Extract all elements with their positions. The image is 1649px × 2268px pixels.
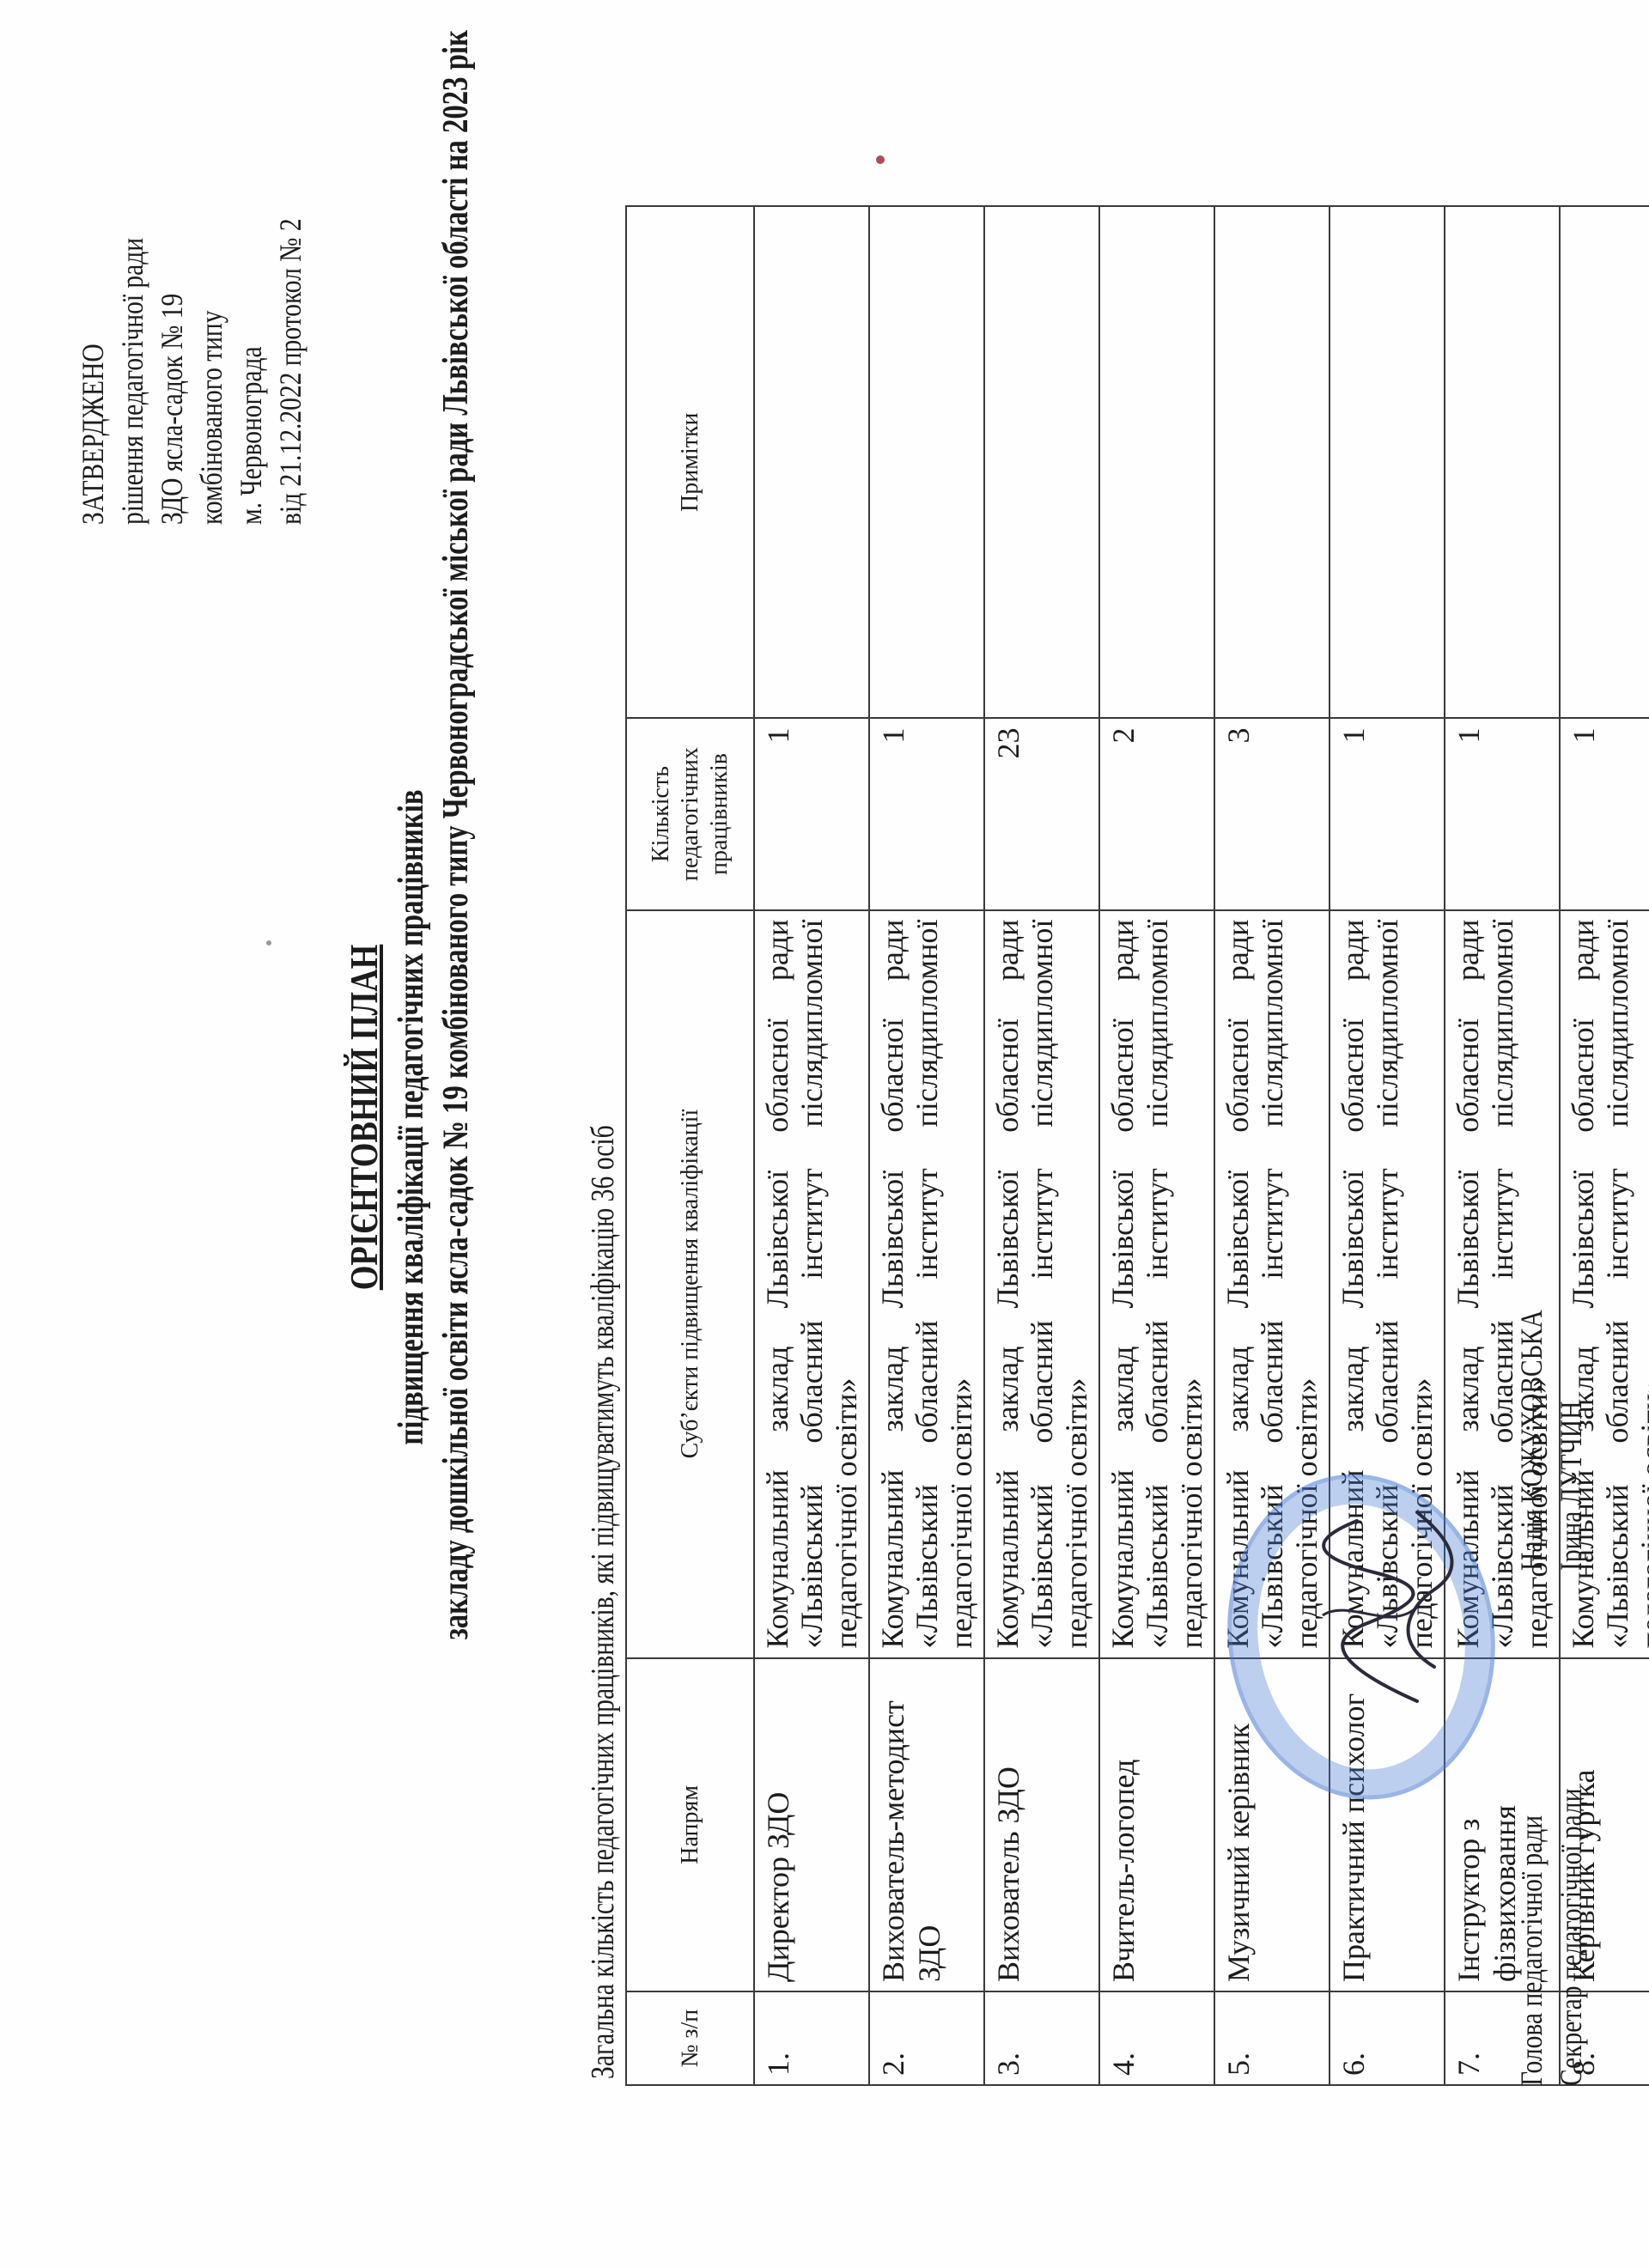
row-count: 1 <box>1445 718 1560 909</box>
row-number: 1. <box>754 1991 869 2085</box>
row-count: 23 <box>984 718 1099 909</box>
row-count: 1 <box>1560 718 1649 909</box>
header-subjects: Суб’єкти підвищення кваліфікації <box>626 910 754 1658</box>
header-notes: Примітки <box>626 206 754 718</box>
row-subject-text: Комунальний заклад Львівської обласної р… <box>1105 920 1208 1649</box>
row-number-text: 4. <box>1106 2052 1141 2076</box>
row-count: 1 <box>754 718 869 909</box>
row-note <box>1214 206 1330 718</box>
row-number: 4. <box>1099 1991 1214 2085</box>
document-subtitle: підвищення кваліфікації педагогічних пра… <box>389 595 434 1640</box>
row-direction-text: Вихователь ЗДО <box>991 1766 1025 1982</box>
row-direction-text: Вчитель-логопед <box>1106 1760 1141 1983</box>
signature-role: Секретар педагогічної ради <box>1551 1663 1591 2086</box>
row-number-text: 2. <box>876 2052 910 2076</box>
table-header-row: № з/п Напрям Суб’єкти підвищення кваліфі… <box>626 206 754 2085</box>
row-direction: Вихователь ЗДО <box>984 1658 1099 1992</box>
row-number: 2. <box>869 1991 984 2085</box>
total-count-line: Загальна кількість педагогічних працівни… <box>584 1125 622 2079</box>
header-count: Кількість педагогічних працівників <box>626 718 754 909</box>
institution-title: закладу дошкільної освіти ясла-садок № 1… <box>434 595 478 1640</box>
row-count-text: 1 <box>1336 727 1371 743</box>
row-direction: Вчитель-логопед <box>1099 1658 1214 1992</box>
scan-speck <box>876 155 885 164</box>
row-subject-text: Комунальний заклад Львівської обласної р… <box>990 920 1093 1649</box>
row-subject: Комунальний заклад Львівської обласної р… <box>1099 910 1214 1658</box>
row-count-text: 23 <box>991 727 1025 758</box>
signature-row-secretary: Секретар педагогічної ради Ірина ЛУТЧИН <box>1551 1253 1591 2086</box>
row-number: 3. <box>984 1991 1099 2085</box>
scan-speck <box>266 940 271 946</box>
table-row: 3.Вихователь ЗДОКомунальний заклад Львів… <box>984 206 1099 2085</box>
row-subject-text: Комунальний заклад Львівської обласної р… <box>1220 920 1323 1649</box>
signature-block: Голова педагогічної ради Надія КОЖУХОВСЬ… <box>1512 1253 1591 2086</box>
row-number-text: 5. <box>1221 2052 1256 2076</box>
row-count: 1 <box>869 718 984 909</box>
approval-line: рішення педагогічної ради <box>113 159 152 525</box>
row-count-text: 2 <box>1106 727 1141 743</box>
table-row: 5.Музичний керівникКомунальний заклад Ль… <box>1214 206 1330 2085</box>
row-note <box>1099 206 1214 718</box>
approval-line: від 21.12.2022 протокол № 2 <box>271 159 310 525</box>
signature-name: Надія КОЖУХОВСЬКА <box>1512 1310 1551 1571</box>
row-count: 3 <box>1214 718 1330 909</box>
row-direction: Директор ЗДО <box>754 1658 869 1992</box>
row-direction-text: Музичний керівник <box>1221 1724 1256 1982</box>
row-note <box>754 206 869 718</box>
row-direction: Практичний психолог <box>1330 1658 1445 1992</box>
row-note <box>1330 206 1445 718</box>
row-direction-text: Вихователь-методист ЗДО <box>876 1700 946 1982</box>
row-subject: Комунальний заклад Львівської обласної р… <box>984 910 1099 1658</box>
row-count: 1 <box>1330 718 1445 909</box>
row-count: 2 <box>1099 718 1214 909</box>
row-number: 6. <box>1330 1991 1445 2085</box>
row-number-text: 7. <box>1451 2052 1486 2076</box>
scanned-document-page: ЗАТВЕРДЖЕНО рішення педагогічної ради ЗД… <box>0 0 1649 2268</box>
header-number: № з/п <box>626 1991 754 2085</box>
table-row: 2.Вихователь-методист ЗДОКомунальний зак… <box>869 206 984 2085</box>
row-direction-text: Директор ЗДО <box>761 1792 795 1982</box>
row-count-text: 1 <box>1567 727 1601 743</box>
table-row: 6.Практичний психологКомунальний заклад … <box>1330 206 1445 2085</box>
row-direction: Вихователь-методист ЗДО <box>869 1658 984 1992</box>
row-note <box>1445 206 1560 718</box>
row-subject: Комунальний заклад Львівської обласної р… <box>1330 910 1445 1658</box>
training-plan-table: № з/п Напрям Суб’єкти підвищення кваліфі… <box>625 205 1649 2086</box>
signature-row-chair: Голова педагогічної ради Надія КОЖУХОВСЬ… <box>1512 1253 1551 2086</box>
approval-line: комбінованого типу <box>192 159 231 525</box>
row-subject: Комунальний заклад Львівської обласної р… <box>869 910 984 1658</box>
row-count-text: 1 <box>761 727 795 743</box>
row-note <box>984 206 1099 718</box>
header-direction: Напрям <box>626 1658 754 1992</box>
signature-role: Голова педагогічної ради <box>1512 1663 1551 2086</box>
row-count-text: 3 <box>1221 727 1256 743</box>
table-row: 1.Директор ЗДОКомунальний заклад Львівсь… <box>754 206 869 2085</box>
approval-line: ЗАТВЕРДЖЕНО <box>73 159 113 525</box>
row-subject: Комунальний заклад Львівської обласної р… <box>754 910 869 1658</box>
table-row: 4.Вчитель-логопедКомунальний заклад Льві… <box>1099 206 1214 2085</box>
row-number-text: 6. <box>1336 2052 1371 2076</box>
row-number: 5. <box>1214 1991 1330 2085</box>
row-direction-text: Практичний психолог <box>1336 1693 1371 1982</box>
row-subject-text: Комунальний заклад Львівської обласної р… <box>760 920 863 1649</box>
row-subject-text: Комунальний заклад Львівської обласної р… <box>875 920 978 1649</box>
row-count-text: 1 <box>876 727 910 743</box>
row-subject-text: Комунальний заклад Львівської обласної р… <box>1336 920 1439 1649</box>
row-number-text: 3. <box>991 2052 1025 2076</box>
document-title-block: ОРІЄНТОВНИЙ ПЛАН підвищення кваліфікації… <box>339 447 478 1787</box>
row-count-text: 1 <box>1451 727 1486 743</box>
row-note <box>869 206 984 718</box>
document-title: ОРІЄНТОВНИЙ ПЛАН <box>339 581 389 1653</box>
approval-line: ЗДО ясла-садок № 19 <box>152 159 192 525</box>
approval-line: м. Червонограда <box>231 159 271 525</box>
row-note <box>1560 206 1649 718</box>
row-direction: Музичний керівник <box>1214 1658 1330 1992</box>
approval-block: ЗАТВЕРДЖЕНО рішення педагогічної ради ЗД… <box>73 159 310 525</box>
row-subject: Комунальний заклад Львівської обласної р… <box>1214 910 1330 1658</box>
row-number-text: 1. <box>761 2052 795 2076</box>
signature-name: Ірина ЛУТЧИН <box>1551 1402 1591 1571</box>
